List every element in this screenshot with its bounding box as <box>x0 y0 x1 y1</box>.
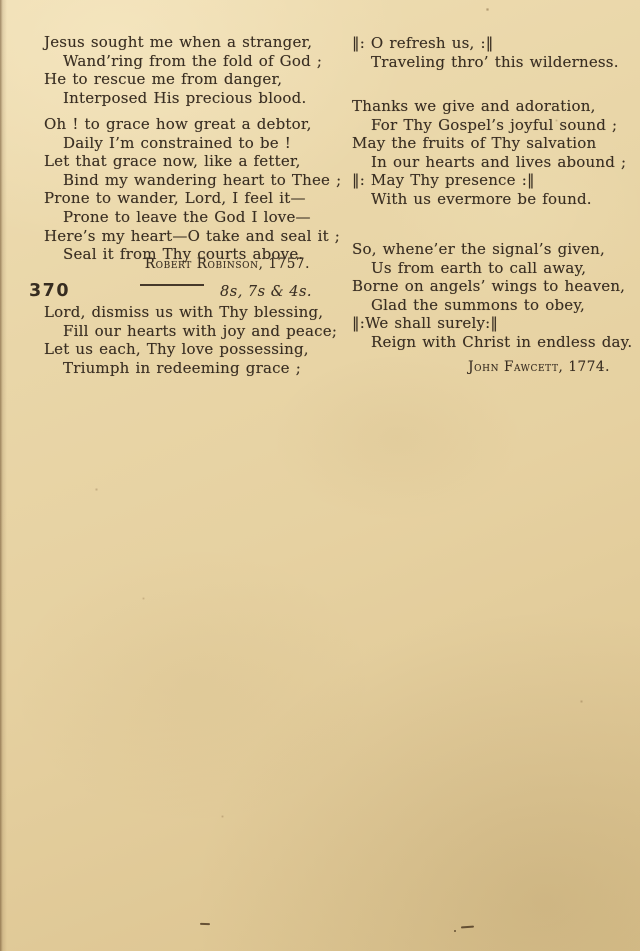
hymn-line: Prone to wander, Lord, I feel it— <box>44 189 312 208</box>
hymn-line: In our hearts and lives abound ; <box>352 153 612 172</box>
left-verse-370-1: Lord, dismiss us with Thy blessing, Fill… <box>44 303 312 377</box>
hymn-line: Reign with Christ in endless day. <box>352 333 612 352</box>
hymn-meter: 8s, 7s & 4s. <box>220 284 312 300</box>
hymn-line: Let that grace now, like a fetter, <box>44 152 312 171</box>
hymn-line: Traveling thro’ this wilderness. <box>352 53 612 72</box>
hymn-line: Glad the summons to obey, <box>352 296 612 315</box>
hymn-line: Let us each, Thy love possessing, <box>44 340 312 359</box>
print-artifact-dash <box>461 926 474 929</box>
left-stanza-2: Oh ! to grace how great a debtor, Daily … <box>44 115 312 264</box>
hymn-line: Thanks we give and adoration, <box>352 97 612 116</box>
hymn-line: For Thy Gospel’s joyful sound ; <box>352 116 612 135</box>
print-artifact-dash <box>200 923 210 925</box>
left-stanza-1: Jesus sought me when a stranger, Wand’ri… <box>44 33 312 107</box>
hymn-line: Jesus sought me when a stranger, <box>44 33 312 52</box>
hymn-line: Prone to leave the God I love— <box>44 208 312 227</box>
hymn-line: Lord, dismiss us with Thy blessing, <box>44 303 312 322</box>
hymn-line: Wand’ring from the fold of God ; <box>44 52 312 71</box>
right-stanza-2: Thanks we give and adoration, For Thy Go… <box>352 97 612 209</box>
hymn-line: ‖: May Thy presence :‖ <box>352 171 612 190</box>
hymn-heading: 370 8s, 7s & 4s. <box>29 281 312 301</box>
right-refrain-1: ‖: O refresh us, :‖ Traveling thro’ this… <box>352 34 612 71</box>
hymn-line: Daily I’m constrained to be ! <box>44 134 312 153</box>
hymn-line: So, whene’er the signal’s given, <box>352 240 612 259</box>
left-attribution-block: Robert Robinson, 1757. <box>44 256 310 272</box>
right-attribution-block: John Fawcett, 1774. <box>352 359 610 375</box>
right-stanza-3: So, whene’er the signal’s given, Us from… <box>352 240 612 352</box>
hymn-line: Borne on angels’ wings to heaven, <box>352 277 612 296</box>
hymn-line: Us from earth to call away, <box>352 259 612 278</box>
paper-specks <box>0 0 1 1</box>
hymn-line: He to rescue me from danger, <box>44 70 312 89</box>
author-attribution: John Fawcett, 1774. <box>352 359 610 375</box>
print-artifact-dot <box>454 930 456 932</box>
hymn-line: Here’s my heart—O take and seal it ; <box>44 227 312 246</box>
hymn-line: With us evermore be found. <box>352 190 612 209</box>
hymn-line: Interposed His precious blood. <box>44 89 312 108</box>
hymn-line: Triumph in redeeming grace ; <box>44 359 312 378</box>
hymn-number: 370 <box>29 281 70 301</box>
hymn-line: Oh ! to grace how great a debtor, <box>44 115 312 134</box>
hymnal-page: Jesus sought me when a stranger, Wand’ri… <box>0 0 640 951</box>
hymn-line: ‖: O refresh us, :‖ <box>352 34 612 53</box>
hymn-line: Bind my wandering heart to Thee ; <box>44 171 312 190</box>
author-attribution: Robert Robinson, 1757. <box>44 256 310 272</box>
hymn-line: May the fruits of Thy salvation <box>352 134 612 153</box>
hymn-line: Fill our hearts with joy and peace; <box>44 322 312 341</box>
hymn-line: ‖:We shall surely:‖ <box>352 314 612 333</box>
